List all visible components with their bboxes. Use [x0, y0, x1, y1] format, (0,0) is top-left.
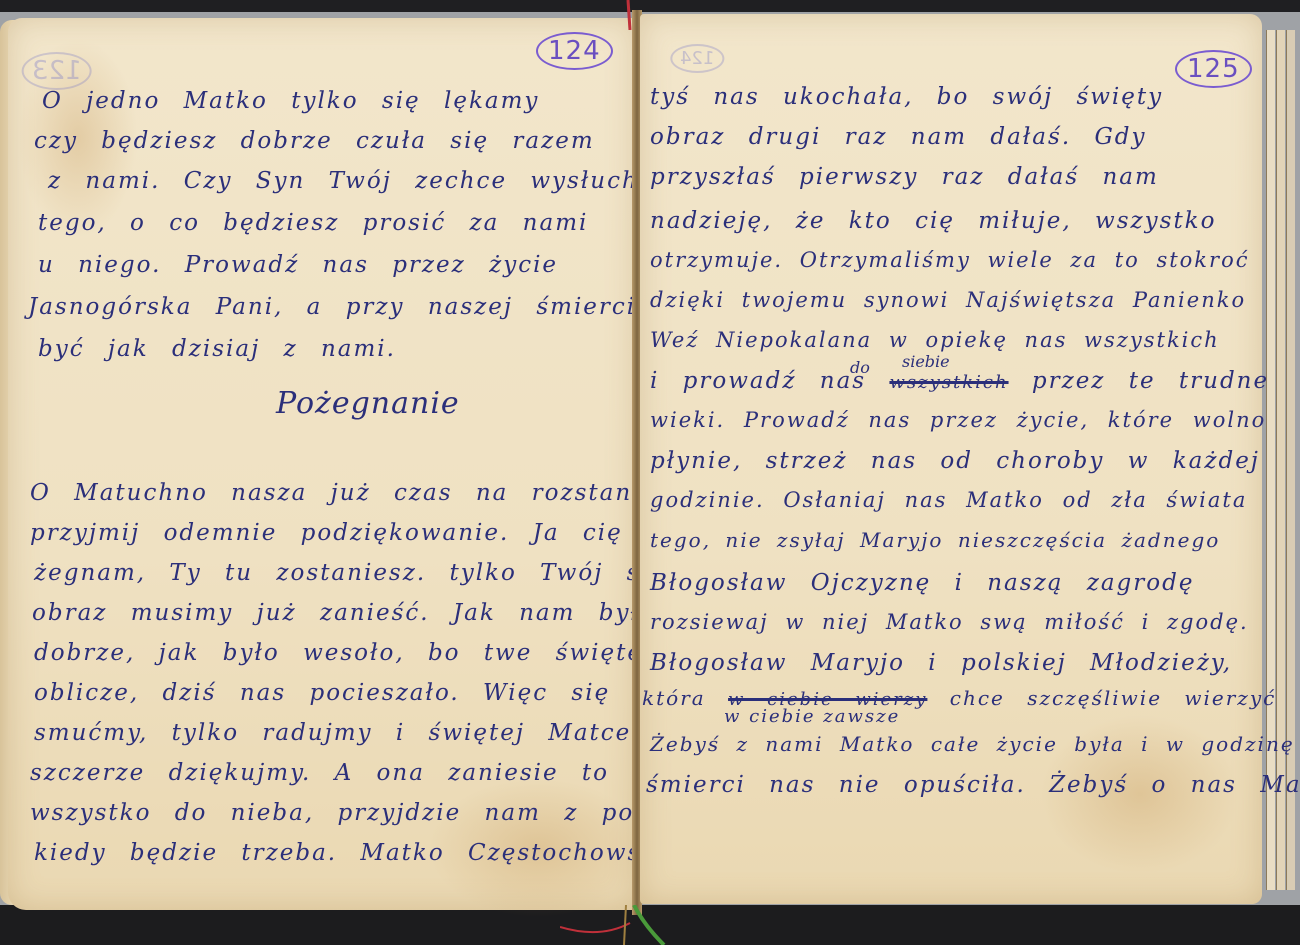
text-line: obraz drugi raz nam dałaś. Gdy: [650, 124, 1147, 150]
text-line: wieki. Prowadź nas przez życie, które wo…: [650, 408, 1266, 432]
text-line: z nami. Czy Syn Twój zechce wysłuchać: [48, 168, 669, 194]
text-line: dobrze, jak było wesoło, bo twe święte: [34, 640, 643, 666]
struck-word: wszystkich: [889, 372, 1008, 393]
bookmark-thread: [560, 905, 700, 945]
right-page: 124 125 tyś nas ukochała, bo swój święty…: [640, 14, 1262, 904]
page-number: 124: [536, 32, 613, 70]
section-heading: Pożegnanie: [276, 386, 460, 421]
text-line: szczerze dziękujmy. A ona zaniesie to: [30, 760, 609, 786]
text-segment: która: [642, 686, 706, 710]
text-line: wszystko do nieba, przyjdzie nam z pomoc…: [30, 800, 704, 826]
ghost-page-number: 124: [670, 44, 724, 73]
text-line: Jasnogórska Pani, a przy naszej śmierci: [28, 294, 636, 320]
text-line: obraz musimy już zanieść. Jak nam było: [32, 600, 656, 626]
bookmark-thread-top: [624, 0, 638, 30]
text-line: dzięki twojemu synowi Najświętsza Panien…: [650, 288, 1246, 312]
page-edge: [1266, 30, 1275, 890]
left-page: 123 124 O jedno Matko tylko się lękamy c…: [8, 18, 636, 910]
text-line: tego, o co będziesz prosić za nami: [38, 210, 588, 236]
text-line: Weź Niepokalana w opiekę nas wszystkich: [650, 328, 1220, 352]
text-line: przyjmij odemnie podziękowanie. Ja cię n…: [30, 520, 688, 546]
text-line: rozsiewaj w niej Matko swą miłość i zgod…: [650, 610, 1249, 634]
text-line: tego, nie zsyłaj Maryjo nieszczęścia żad…: [650, 528, 1220, 552]
text-line: Żebyś z nami Matko całe życie była i w g…: [650, 732, 1295, 756]
text-line: O Matuchno nasza już czas na rozstanie: [30, 480, 657, 506]
inserted-word: siebie: [902, 352, 950, 371]
inserted-phrase: w ciebie zawsze: [724, 706, 900, 727]
text-line: żegnam, Ty tu zostaniesz. tylko Twój świ…: [34, 560, 713, 586]
text-line: otrzymuje. Otrzymaliśmy wiele za to stok…: [650, 248, 1249, 272]
text-line: tyś nas ukochała, bo swój święty: [650, 84, 1163, 110]
inserted-word: do: [850, 358, 870, 377]
ghost-page-number: 123: [22, 52, 92, 90]
text-line: godzinie. Osłaniaj nas Matko od zła świa…: [650, 488, 1247, 512]
text-line: kiedy będzie trzeba. Matko Częstochowska: [34, 840, 673, 866]
text-line: Błogosław Maryjo i polskiej Młodzieży,: [650, 650, 1232, 676]
text-line: przyszłaś pierwszy raz dałaś nam: [650, 164, 1159, 190]
text-line-with-correction: i prowadź nas wszystkich przez te trudne: [650, 368, 1269, 394]
text-line: Błogosław Ojczyznę i naszą zagrodę: [650, 570, 1194, 596]
text-line: płynie, strzeż nas od choroby w każdej: [650, 448, 1260, 474]
text-line: O jedno Matko tylko się lękamy: [42, 88, 539, 114]
text-line: być jak dzisiaj z nami.: [38, 336, 396, 362]
text-line: u niego. Prowadź nas przez życie: [38, 252, 558, 278]
text-line: czy będziesz dobrze czuła się razem: [34, 128, 595, 154]
text-segment: i prowadź nas: [650, 368, 866, 394]
page-edge: [1276, 30, 1285, 890]
text-line: oblicze, dziś nas pocieszało. Więc się n…: [34, 680, 675, 706]
text-segment: chce szczęśliwie wierzyć: [950, 686, 1277, 710]
page-edge: [1286, 30, 1295, 890]
text-segment: przez te trudne: [1032, 368, 1269, 394]
text-line: śmierci nas nie opuściła. Żebyś o nas Ma…: [646, 772, 1300, 798]
text-line: nadzieję, że kto cię miłuje, wszystko: [650, 208, 1216, 234]
text-line: smućmy, tylko radujmy i świętej Matce: [34, 720, 631, 746]
page-number: 125: [1175, 50, 1252, 88]
